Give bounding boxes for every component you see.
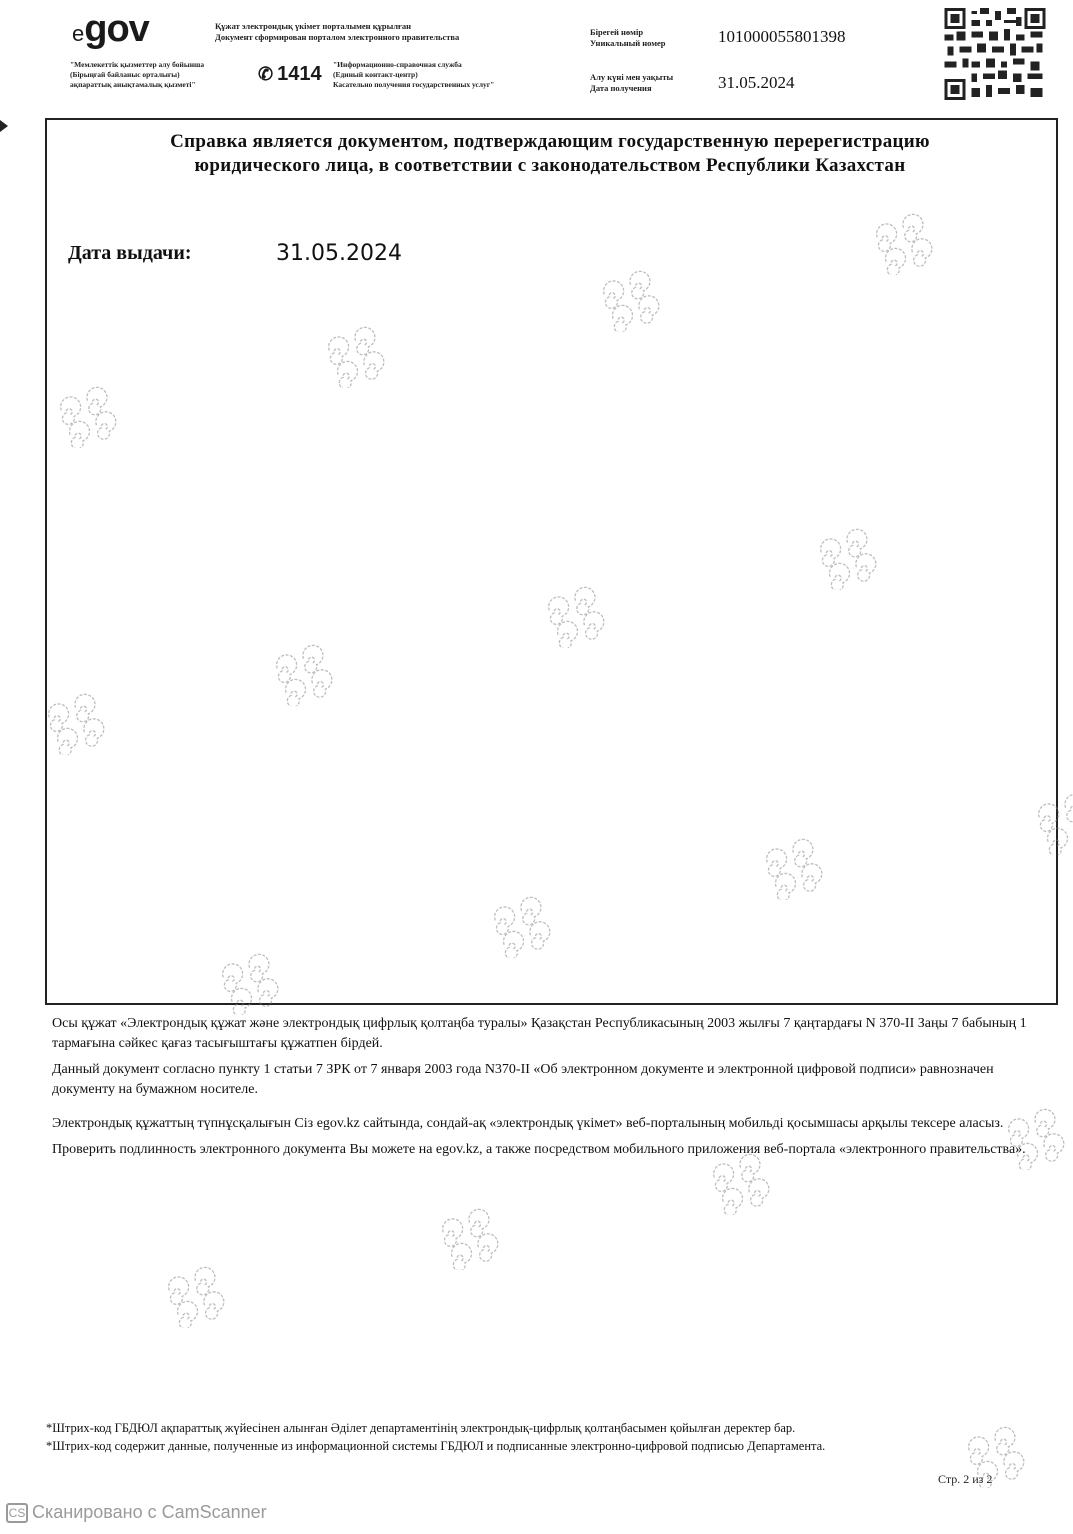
ornament-icon xyxy=(214,945,294,1015)
received-date-value: 31.05.2024 xyxy=(718,73,795,93)
ornament-icon xyxy=(758,830,838,900)
camscanner-watermark: CS Сканировано с CamScanner xyxy=(6,1502,267,1523)
document-title: Справка является документом, подтверждаю… xyxy=(70,130,1030,178)
egov-logo: egov xyxy=(72,8,149,51)
ornament-icon xyxy=(320,318,400,388)
qr-code-icon xyxy=(944,8,1046,100)
page-number: Стр. 2 из 2 xyxy=(938,1472,992,1487)
service-info-ru: "Информационно-справочная служба (Единый… xyxy=(333,60,494,90)
verify-note-kz: Электрондық құжаттың түпнұсқалығын Сіз e… xyxy=(52,1114,1037,1134)
ornament-icon xyxy=(268,636,348,706)
ornament-icon xyxy=(160,1258,240,1328)
service-info-kz: "Мемлекеттік қызметтер алу бойынша (Біры… xyxy=(70,60,204,90)
received-date-label: Алу күні мен уақыты Дата получения xyxy=(590,72,673,94)
camscanner-text: Сканировано с CamScanner xyxy=(32,1502,267,1523)
verify-note-ru: Проверить подлинность электронного докум… xyxy=(52,1140,1037,1160)
ornament-icon xyxy=(1030,785,1073,855)
hotline-number: ✆1414 xyxy=(258,63,322,86)
ornament-icon xyxy=(595,262,675,332)
legal-notes: Осы құжат «Электрондық құжат және электр… xyxy=(52,1014,1037,1166)
footnote-kz: *Штрих-код ГБДЮЛ ақпараттық жүйесінен ал… xyxy=(46,1419,1046,1437)
legal-note-kz: Осы құжат «Электрондық құжат және электр… xyxy=(52,1014,1037,1054)
camscanner-logo-icon: CS xyxy=(6,1503,28,1523)
legal-note-ru: Данный документ согласно пункту 1 статьи… xyxy=(52,1060,1037,1100)
scan-edge-mark xyxy=(0,120,8,132)
ornament-icon xyxy=(52,378,132,448)
ornament-icon xyxy=(812,520,892,590)
ornament-icon xyxy=(40,685,120,755)
phone-icon: ✆ xyxy=(258,64,273,84)
issue-date-value: 31.05.2024 xyxy=(276,241,402,266)
ornament-icon xyxy=(868,205,948,275)
ornament-icon xyxy=(486,888,566,958)
ornament-icon xyxy=(434,1200,514,1270)
unique-number-label: Бірегей нөмір Уникальный номер xyxy=(590,27,666,49)
issue-date-label: Дата выдачи: xyxy=(68,242,192,265)
ornament-icon xyxy=(540,578,620,648)
unique-number-value: 101000055801398 xyxy=(718,27,846,47)
portal-generated-note: Құжат электрондық үкімет порталымен құры… xyxy=(215,21,459,43)
footnote-ru: *Штрих-код содержит данные, полученные и… xyxy=(46,1437,1046,1455)
barcode-footnotes: *Штрих-код ГБДЮЛ ақпараттық жүйесінен ал… xyxy=(46,1419,1046,1455)
